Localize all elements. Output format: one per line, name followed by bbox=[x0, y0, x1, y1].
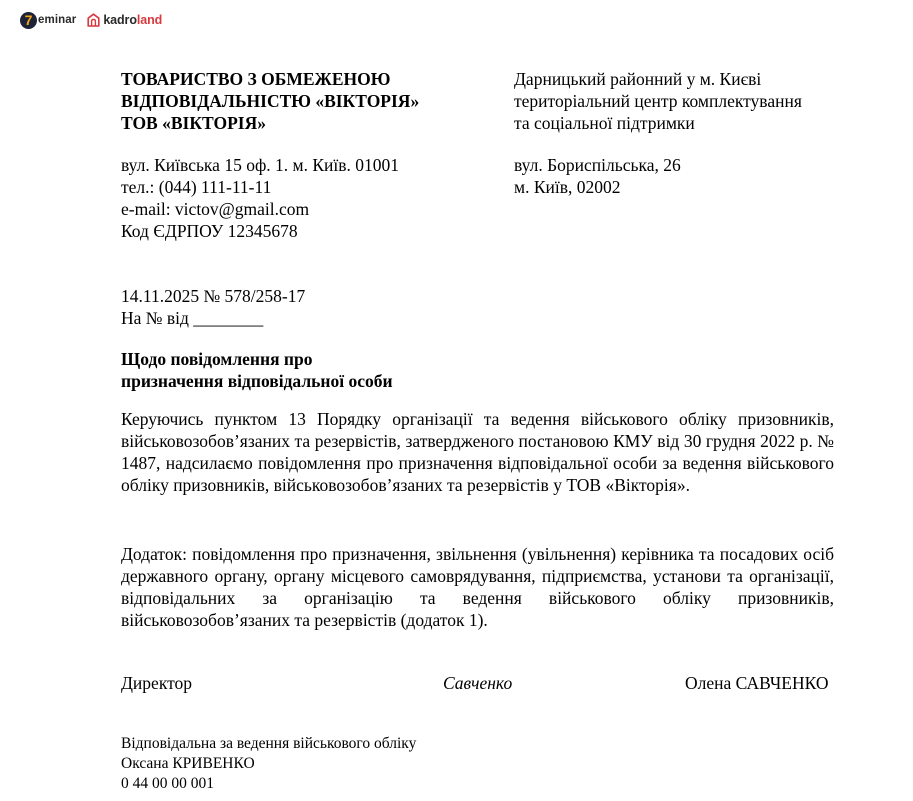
signatory-name: Олена САВЧЕНКО bbox=[685, 672, 828, 694]
seminar-logo-text: eminar bbox=[38, 14, 76, 26]
body-paragraph: Керуючись пунктом 13 Порядку організації… bbox=[121, 408, 834, 496]
kadroland-text-part2: land bbox=[137, 13, 162, 27]
signature: Савченко bbox=[443, 672, 512, 694]
seminar-logo[interactable]: 7 eminar bbox=[20, 12, 76, 29]
sender-email: e-mail: victov@gmail.com bbox=[121, 198, 399, 220]
attachment-paragraph: Додаток: повідомлення про призначення, з… bbox=[121, 543, 834, 631]
responsible-role: Відповідальна за ведення військового обл… bbox=[121, 734, 416, 754]
house-icon bbox=[87, 13, 100, 27]
seminar-badge-icon: 7 bbox=[20, 12, 37, 29]
signatory-title: Директор bbox=[121, 672, 192, 694]
sender-address: вул. Київська 15 оф. 1. м. Київ. 01001 bbox=[121, 154, 399, 176]
kadroland-text-part1: kadro bbox=[103, 13, 137, 27]
sender-name: ТОВАРИСТВО З ОБМЕЖЕНОЮ ВІДПОВІДАЛЬНІСТЮ … bbox=[121, 68, 419, 134]
sender-name-line: ВІДПОВІДАЛЬНІСТЮ «ВІКТОРІЯ» bbox=[121, 90, 419, 112]
outgoing-number: 14.11.2025 № 578/258-17 На № від _______… bbox=[121, 285, 305, 329]
sender-edrpou: Код ЄДРПОУ 12345678 bbox=[121, 220, 399, 242]
recipient-name: Дарницький районний у м. Києві територіа… bbox=[514, 68, 802, 134]
recipient-city: м. Київ, 02002 bbox=[514, 176, 681, 198]
responsible-phone: 0 44 00 00 001 bbox=[121, 774, 416, 794]
subject-line: Щодо повідомлення про bbox=[121, 348, 393, 370]
sender-name-line: ТОВАРИСТВО З ОБМЕЖЕНОЮ bbox=[121, 68, 419, 90]
kadroland-logo[interactable]: kadroland bbox=[87, 13, 162, 27]
recipient-name-line: та соціальної підтримки bbox=[514, 112, 802, 134]
sender-phone: тел.: (044) 111-11-11 bbox=[121, 176, 399, 198]
recipient-name-line: Дарницький районний у м. Києві bbox=[514, 68, 802, 90]
outgoing-date-number: 14.11.2025 № 578/258-17 bbox=[121, 285, 305, 307]
reply-to-number: На № від ________ bbox=[121, 307, 305, 329]
recipient-street: вул. Бориспільська, 26 bbox=[514, 154, 681, 176]
header-logos: 7 eminar kadroland bbox=[20, 10, 162, 30]
kadroland-logo-text: kadroland bbox=[103, 13, 162, 27]
sender-name-line: ТОВ «ВІКТОРІЯ» bbox=[121, 112, 419, 134]
recipient-address: вул. Бориспільська, 26 м. Київ, 02002 bbox=[514, 154, 681, 198]
responsible-person: Відповідальна за ведення військового обл… bbox=[121, 734, 416, 794]
responsible-name: Оксана КРИВЕНКО bbox=[121, 754, 416, 774]
sender-contacts: вул. Київська 15 оф. 1. м. Київ. 01001 т… bbox=[121, 154, 399, 242]
letter-subject: Щодо повідомлення про призначення відпов… bbox=[121, 348, 393, 392]
subject-line: призначення відповідальної особи bbox=[121, 370, 393, 392]
recipient-name-line: територіальний центр комплектування bbox=[514, 90, 802, 112]
